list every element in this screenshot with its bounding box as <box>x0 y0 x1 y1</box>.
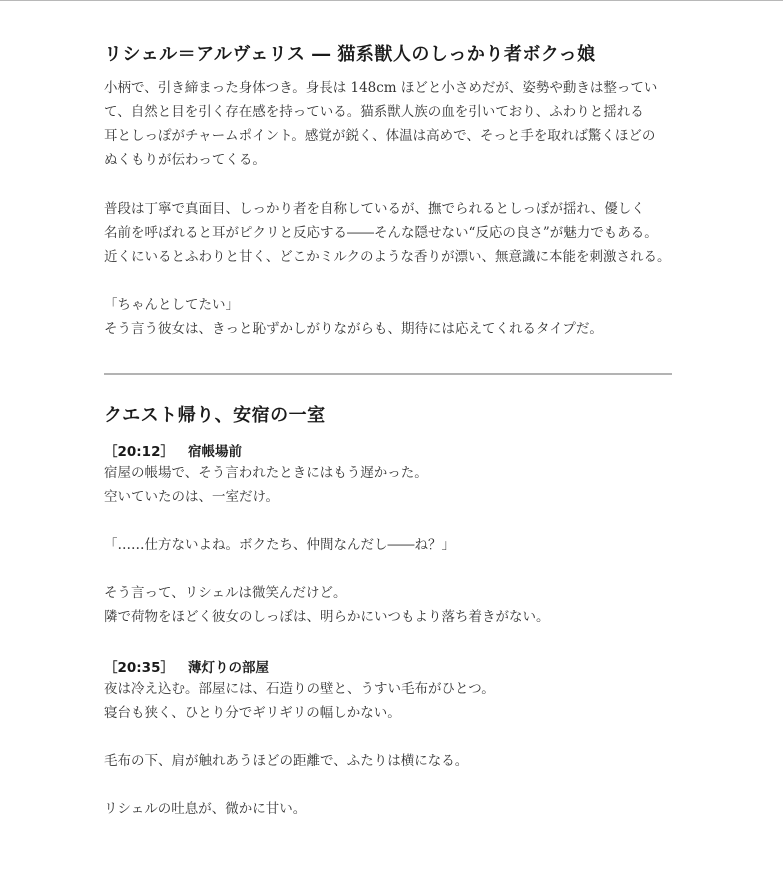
text-line: 隣で荷物をほどく彼女のしっぽは、明らかにいつもより落ち着きがない。 <box>104 605 550 629</box>
text-line: 小柄で、引き締まった身体つき。身長は 148cm ほどと小さめだが、姿勢や動きは… <box>104 76 657 100</box>
dialogue-line: 「……仕方ないよね。ボクたち、仲間なんだし――ね？」 <box>104 533 455 557</box>
text-line: 普段は丁寧で真面目、しっかり者を自称しているが、撫でられるとしっぽが揺れ、優しく <box>104 197 645 221</box>
profile-title: リシェル＝アルヴェリス ― 猫系獣人のしっかり者ボクっ娘 <box>104 40 596 66</box>
text-line: 近くにいるとふわりと甘く、どこかミルクのような香りが漂い、無意識に本能を刺激され… <box>104 245 670 269</box>
text-line: 名前を呼ばれると耳がピクリと反応する――そんな隠せない“反応の良さ”が魅力でもあ… <box>104 221 658 245</box>
top-border <box>0 0 783 1</box>
section-divider <box>104 373 672 375</box>
text-line: 寝台も狭く、ひとり分でギリギリの幅しかない。 <box>104 701 401 725</box>
scene-place: 宿帳場前 <box>188 444 242 460</box>
text-line: 耳としっぽがチャームポイント。感覚が鋭く、体温は高めで、そっと手を取れば驚くほど… <box>104 124 655 148</box>
text-line: 空いていたのは、一室だけ。 <box>104 485 279 509</box>
text-line: 毛布の下、肩が触れあうほどの距離で、ふたりは横になる。 <box>104 749 468 773</box>
scene-heading: ［20:35］薄灯りの部屋 <box>104 656 269 676</box>
chapter-title: クエスト帰り、安宿の一室 <box>104 401 326 427</box>
text-line: そう言う彼女は、きっと恥ずかしがりながらも、期待には応えてくれるタイプだ。 <box>104 317 603 341</box>
quote-line: 「ちゃんとしてたい」 <box>104 293 239 317</box>
text-line: そう言って、リシェルは微笑んだけど。 <box>104 581 346 605</box>
text-line: 夜は冷え込む。部屋には、石造りの壁と、うすい毛布がひとつ。 <box>104 677 495 701</box>
scene-time: ［20:35］ <box>104 660 174 676</box>
text-line: 宿屋の帳場で、そう言われたときにはもう遅かった。 <box>104 461 428 485</box>
text-line: ぬくもりが伝わってくる。 <box>104 148 266 172</box>
scene-place: 薄灯りの部屋 <box>188 660 269 676</box>
text-line: て、自然と目を引く存在感を持っている。猫系獣人族の血を引いており、ふわりと揺れる <box>104 100 644 124</box>
scene-heading: ［20:12］宿帳場前 <box>104 440 242 460</box>
text-line: リシェルの吐息が、微かに甘い。 <box>104 797 306 821</box>
scene-time: ［20:12］ <box>104 444 174 460</box>
